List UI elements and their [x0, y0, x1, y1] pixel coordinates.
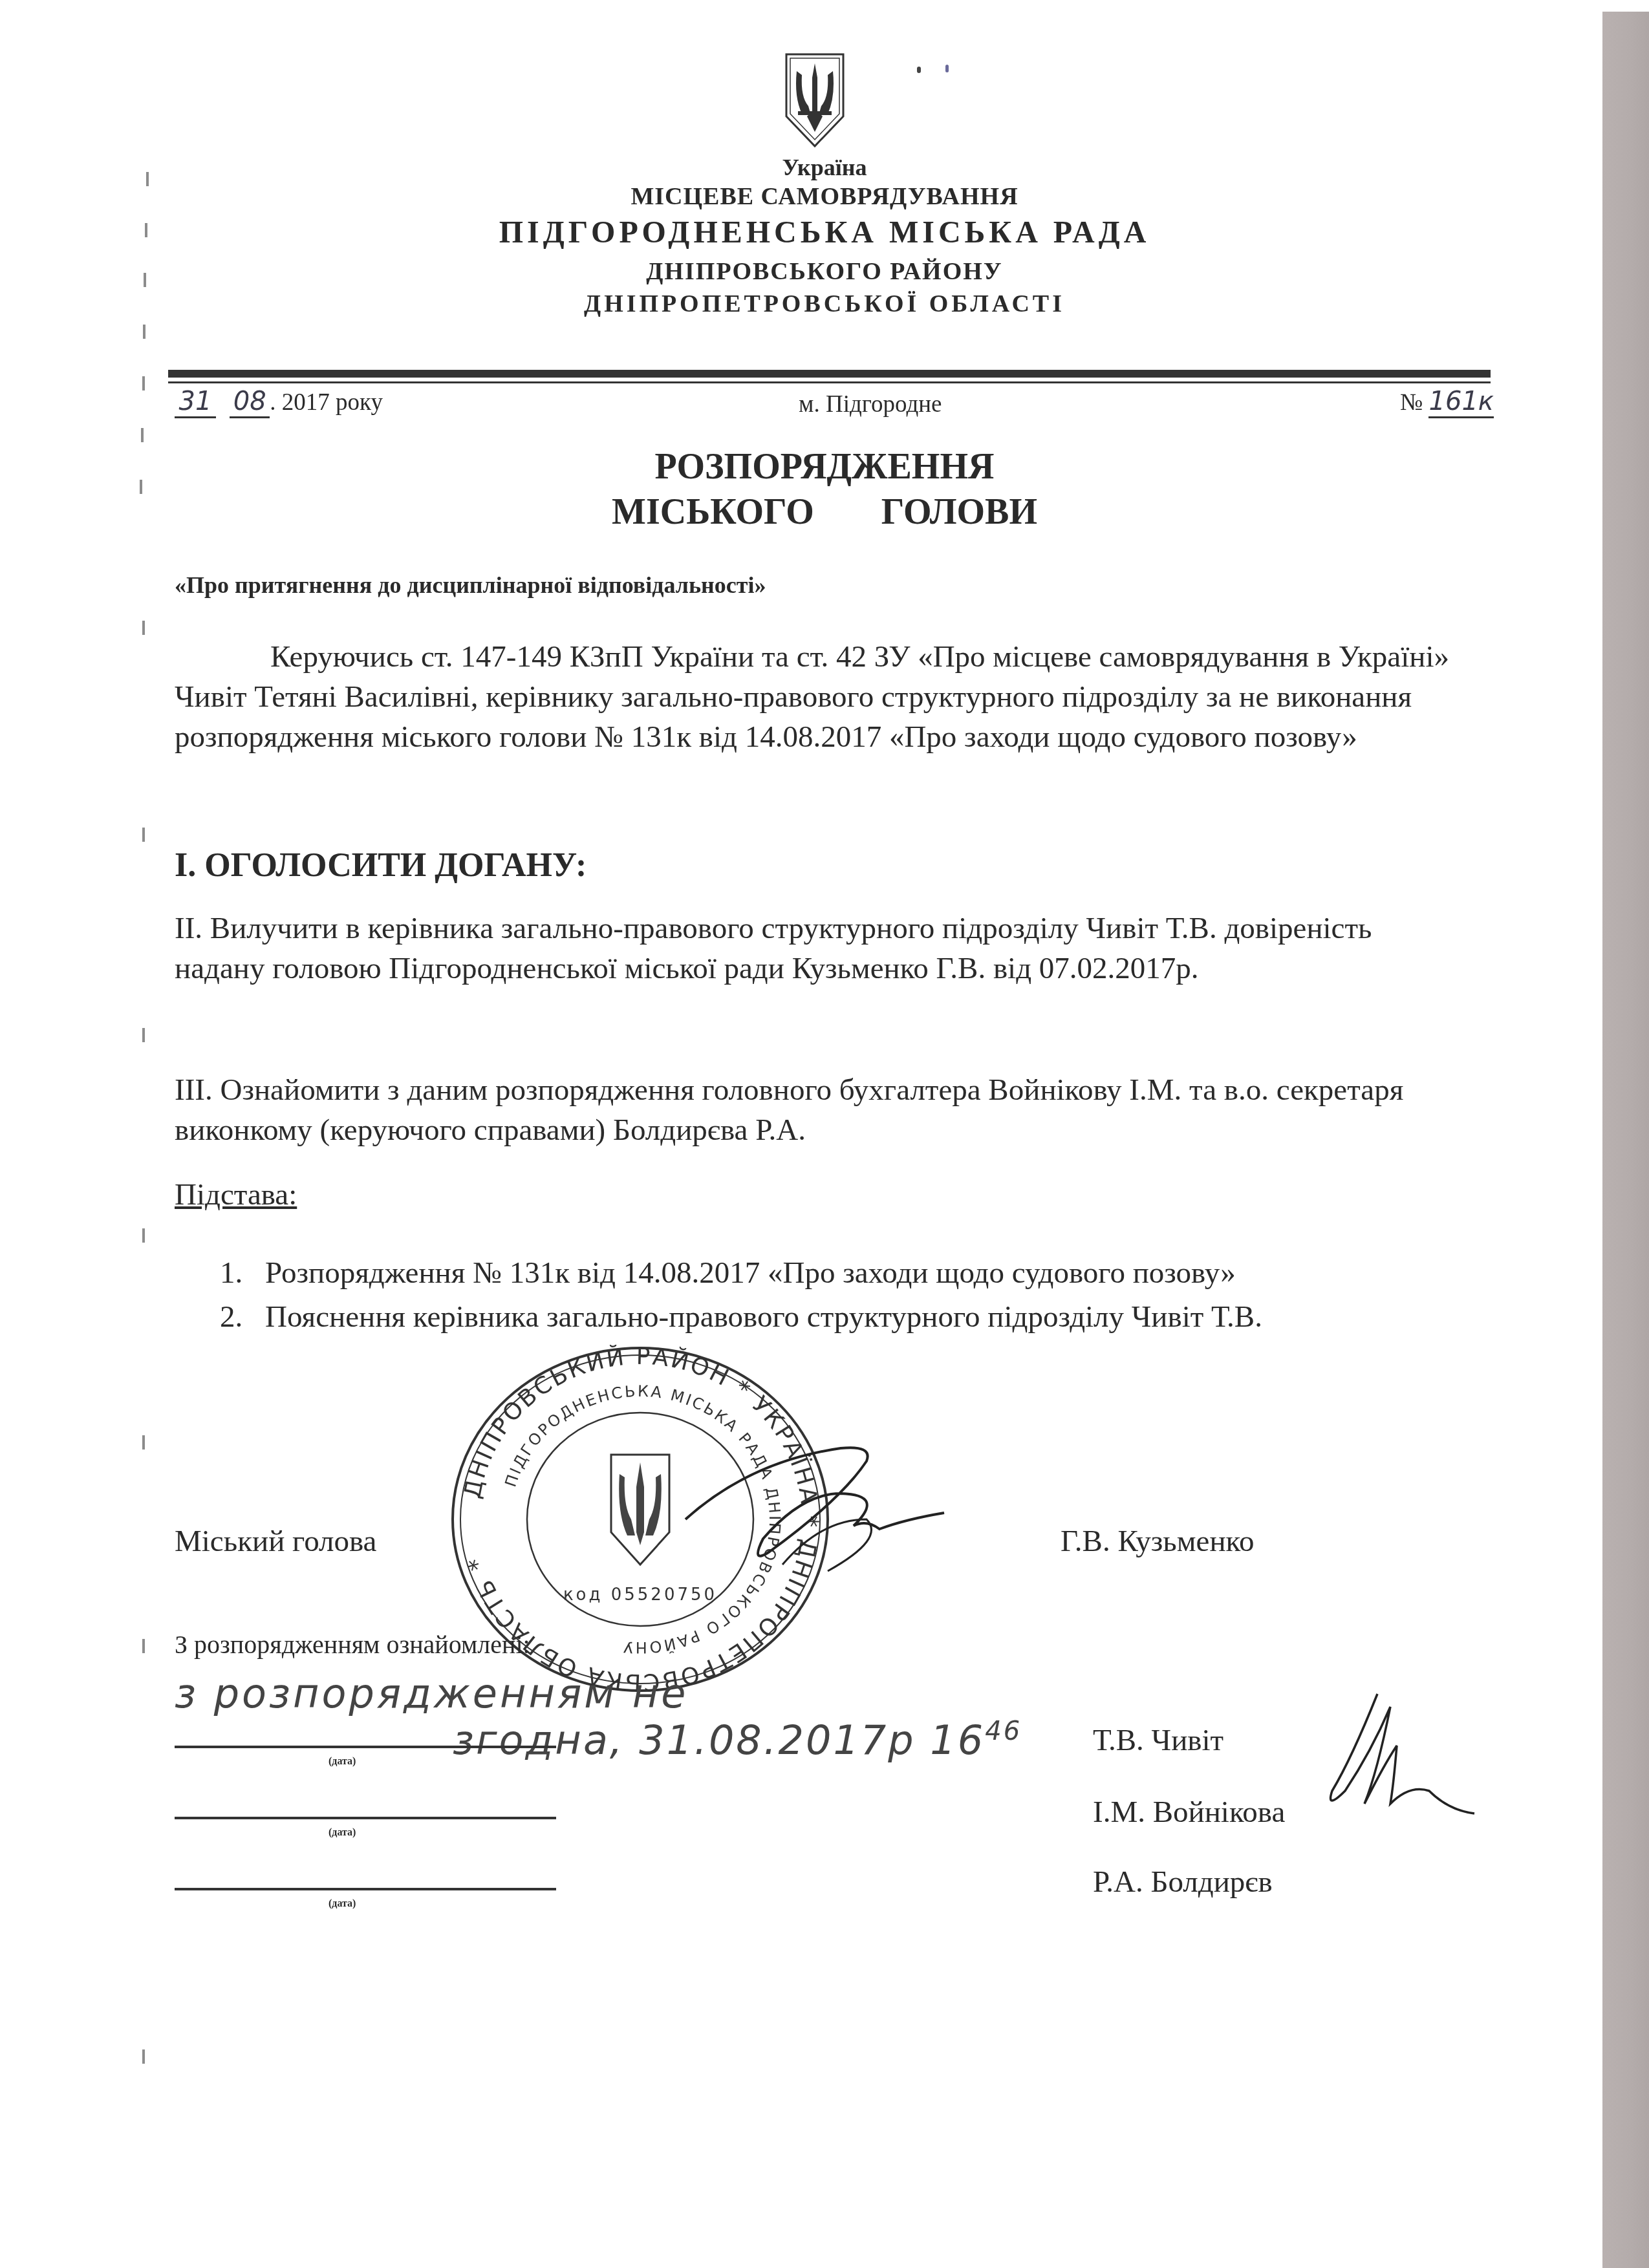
ack-date-caption: (дата) [329, 1756, 356, 1768]
date-year: . 2017 року [270, 389, 383, 416]
document-date: 31 08. 2017 року [175, 387, 383, 418]
chyvit-signature [1319, 1681, 1513, 1823]
handwritten-note-time-minutes: 46 [985, 1717, 1022, 1746]
ack-date-line [175, 1746, 556, 1748]
document-place: м. Підгородне [799, 390, 942, 418]
basis-item: 1. Розпорядження № 131к від 14.08.2017 «… [220, 1253, 1449, 1293]
ack-date-caption: (дата) [329, 1898, 356, 1910]
section-2-paragraph: ІІ. Вилучити в керівника загально-правов… [175, 908, 1468, 989]
ack-date-caption: (дата) [329, 1827, 356, 1839]
basis-item: 2. Пояснення керівника загально-правовог… [220, 1297, 1449, 1337]
document-title: РОЗПОРЯДЖЕННЯ [0, 446, 1649, 487]
basis-item-number: 2. [220, 1297, 265, 1337]
margin-mark [141, 428, 144, 442]
mayor-signature [673, 1422, 957, 1578]
acknowledgement-label: З розпорядженням ознайомлені: [175, 1629, 530, 1660]
svg-text:код 05520750: код 05520750 [563, 1585, 717, 1605]
ack-date-line [175, 1817, 556, 1819]
ack-person: І.М. Войнікова [1093, 1795, 1285, 1830]
header-rule-thin [168, 381, 1491, 383]
section-3-paragraph: ІІІ. Ознайомити з даним розпорядження го… [175, 1070, 1468, 1150]
margin-mark [142, 1028, 145, 1042]
preamble-text: Керуючись ст. 147-149 КЗпП України та ст… [175, 640, 1449, 754]
header-local-government: МІСЦЕВЕ САМОВРЯДУВАННЯ [0, 182, 1649, 211]
document-meta-row: 31 08. 2017 року м. Підгородне № 161к [175, 387, 1494, 423]
preamble-paragraph: Керуючись ст. 147-149 КЗпП України та ст… [175, 637, 1468, 757]
document-subject: «Про притягнення до дисциплінарної відпо… [175, 572, 766, 599]
basis-list: 1. Розпорядження № 131к від 14.08.2017 «… [220, 1253, 1449, 1341]
basis-item-number: 1. [220, 1253, 265, 1293]
margin-mark [142, 1639, 145, 1653]
margin-mark [142, 1435, 145, 1450]
number-prefix: № [1400, 389, 1423, 416]
signature-position: Міський голова [175, 1524, 376, 1559]
basis-item-text: Розпорядження № 131к від 14.08.2017 «Про… [265, 1253, 1236, 1293]
header-district: ДНІПРОВСЬКОГО РАЙОНУ [0, 257, 1649, 286]
margin-mark [142, 376, 145, 390]
header-region: ДНІПРОПЕТРОВСЬКОЇ ОБЛАСТІ [0, 290, 1649, 318]
date-day: 31 [175, 387, 216, 418]
date-month: 08 [230, 387, 270, 418]
scan-dot [945, 65, 949, 72]
margin-mark [142, 828, 145, 842]
scan-edge-shadow [1602, 12, 1649, 2268]
ack-person: Р.А. Болдирєв [1093, 1865, 1273, 1899]
document-title-subline: МІСЬКОГО ГОЛОВИ [0, 491, 1649, 533]
header-country: Україна [0, 154, 1649, 181]
signature-name: Г.В. Кузьменко [1061, 1524, 1255, 1559]
handwritten-note-line2: згодна, 31.08.2017р 1646 [453, 1717, 1022, 1764]
ack-date-line [175, 1888, 556, 1890]
header-rule-thick [168, 370, 1491, 378]
margin-mark [142, 621, 145, 635]
scan-dot [917, 67, 921, 73]
section-1-heading: І. ОГОЛОСИТИ ДОГАНУ: [175, 846, 1468, 886]
coat-of-arms-icon [782, 52, 847, 149]
margin-mark [142, 1228, 145, 1243]
basis-label: Підстава: [175, 1175, 1468, 1215]
header-council: ПІДГОРОДНЕНСЬКА МІСЬКА РАДА [0, 215, 1649, 250]
handwritten-note-line1: з розпорядженням не [175, 1670, 688, 1717]
margin-mark [142, 2049, 145, 2064]
number-value: 161к [1428, 387, 1494, 418]
basis-item-text: Пояснення керівника загально-правового с… [265, 1297, 1262, 1337]
ack-person: Т.В. Чивіт [1093, 1723, 1223, 1758]
margin-mark [143, 325, 145, 339]
document-number: № 161к [1400, 387, 1494, 418]
